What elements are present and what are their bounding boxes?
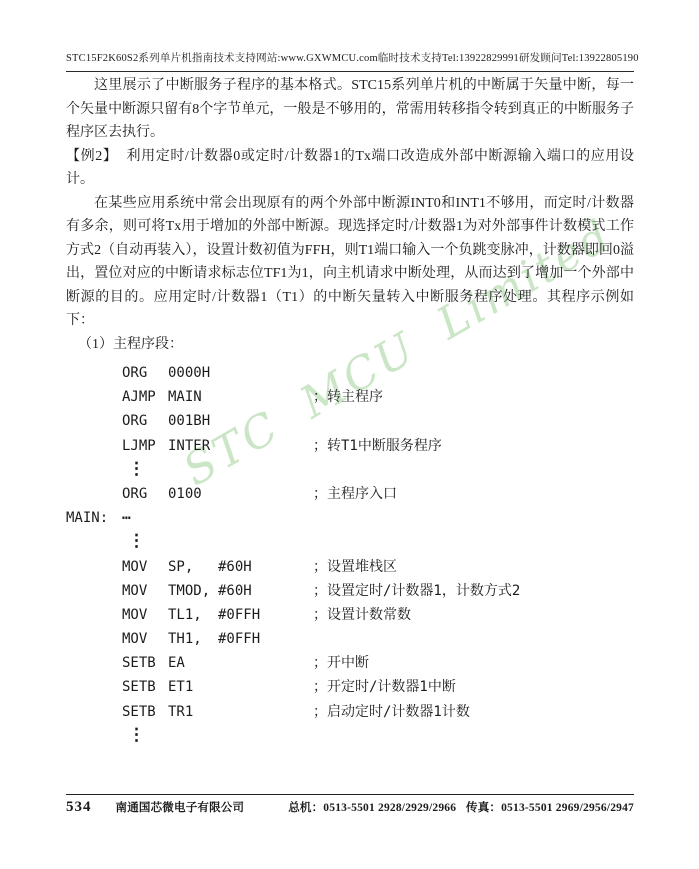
- code-comment: ；开中断: [313, 651, 634, 675]
- code-op1: TR1: [168, 700, 218, 724]
- code-opcode: ORG: [122, 361, 168, 385]
- code-op1: [168, 530, 218, 554]
- code-line: ORG0000H: [66, 361, 634, 385]
- code-opcode: ORG: [122, 482, 168, 506]
- page-number: 534: [66, 799, 92, 816]
- code-label: [66, 458, 122, 482]
- code-line: AJMPMAIN；转主程序: [66, 385, 634, 409]
- code-op2: [218, 361, 313, 385]
- code-comment: ；转主程序: [313, 385, 634, 409]
- code-op2: [218, 409, 313, 433]
- code-opcode: AJMP: [122, 385, 168, 409]
- code-op1: SP,: [168, 555, 218, 579]
- code-comment: [313, 506, 634, 530]
- code-opcode: ⋮: [122, 530, 168, 554]
- paragraph-intro: 这里展示了中断服务子程序的基本格式。STC15系列单片机的中断属于矢量中断，每一…: [66, 74, 634, 145]
- code-label: [66, 675, 122, 699]
- code-opcode: MOV: [122, 603, 168, 627]
- code-label: [66, 530, 122, 554]
- code-opcode: MOV: [122, 579, 168, 603]
- code-listing: ORG0000HAJMPMAIN；转主程序ORG001BHLJMPINTER；转…: [66, 361, 634, 748]
- code-op2: [218, 385, 313, 409]
- code-line: MOVTH1,#0FFH: [66, 627, 634, 651]
- page-footer: 534 南通国芯微电子有限公司 总机：0513-5501 2928/2929/2…: [66, 799, 634, 816]
- code-op1: TH1,: [168, 627, 218, 651]
- paragraph-detail: 在某些应用系统中常会出现原有的两个外部中断源INT0和INT1不够用，而定时/计…: [66, 192, 634, 333]
- code-comment: ；设置计数常数: [313, 603, 634, 627]
- code-comment: [313, 458, 634, 482]
- code-opcode: ⋮: [122, 724, 168, 748]
- code-op1: TMOD,: [168, 579, 218, 603]
- code-op1: EA: [168, 651, 218, 675]
- code-label: [66, 603, 122, 627]
- paragraph-example: 【例2】利用定时/计数器0或定时/计数器1的Tx端口改造成外部中断源输入端口的应…: [66, 145, 634, 192]
- code-comment: ；转T1中断服务程序: [313, 434, 634, 458]
- code-op1: [168, 506, 218, 530]
- code-comment: ；设置定时/计数器1，计数方式2: [313, 579, 634, 603]
- code-comment: [313, 627, 634, 651]
- code-line: MAIN:⋯: [66, 506, 634, 530]
- section-label: （1）主程序段：: [66, 333, 634, 357]
- code-line: ORG001BH: [66, 409, 634, 433]
- code-op2: [218, 434, 313, 458]
- code-line: MOVSP,#60H；设置堆栈区: [66, 555, 634, 579]
- code-op1: [168, 458, 218, 482]
- footer-company: 南通国芯微电子有限公司: [116, 799, 245, 815]
- code-opcode: SETB: [122, 651, 168, 675]
- header-divider: [66, 71, 634, 72]
- code-op1: [168, 724, 218, 748]
- code-label: [66, 724, 122, 748]
- code-comment: ；设置堆栈区: [313, 555, 634, 579]
- header-title: STC15F2K60S2系列单片机指南: [66, 50, 213, 65]
- code-label: [66, 409, 122, 433]
- code-opcode: MOV: [122, 555, 168, 579]
- code-op2: [218, 724, 313, 748]
- code-op1: 001BH: [168, 409, 218, 433]
- code-op2: [218, 458, 313, 482]
- code-op1: TL1,: [168, 603, 218, 627]
- code-line: SETBTR1；启动定时/计数器1计数: [66, 700, 634, 724]
- code-op2: [218, 482, 313, 506]
- code-op2: #0FFH: [218, 627, 313, 651]
- code-line: SETBEA；开中断: [66, 651, 634, 675]
- document-page: STC15F2K60S2系列单片机指南 技术支持网站:www.GXWMCU.co…: [0, 0, 699, 869]
- code-line: MOVTMOD,#60H；设置定时/计数器1，计数方式2: [66, 579, 634, 603]
- code-label: [66, 555, 122, 579]
- code-op1: 0000H: [168, 361, 218, 385]
- code-label: [66, 579, 122, 603]
- code-ellipsis-line: ⋮: [66, 724, 634, 748]
- code-label: [66, 627, 122, 651]
- code-op2: [218, 530, 313, 554]
- code-comment: [313, 361, 634, 385]
- code-label: [66, 361, 122, 385]
- code-op2: #60H: [218, 579, 313, 603]
- footer-divider: [66, 794, 634, 795]
- code-opcode: LJMP: [122, 434, 168, 458]
- code-label: [66, 651, 122, 675]
- code-comment: ；启动定时/计数器1计数: [313, 700, 634, 724]
- code-opcode: ⋮: [122, 458, 168, 482]
- page-header: STC15F2K60S2系列单片机指南 技术支持网站:www.GXWMCU.co…: [66, 50, 634, 65]
- code-op1: MAIN: [168, 385, 218, 409]
- code-op2: [218, 651, 313, 675]
- footer-phone: 总机：0513-5501 2928/2929/2966: [288, 799, 456, 815]
- code-line: LJMPINTER；转T1中断服务程序: [66, 434, 634, 458]
- code-op2: #60H: [218, 555, 313, 579]
- code-op1: INTER: [168, 434, 218, 458]
- code-comment: [313, 530, 634, 554]
- code-comment: [313, 724, 634, 748]
- code-ellipsis-line: ⋮: [66, 458, 634, 482]
- page-body: 这里展示了中断服务子程序的基本格式。STC15系列单片机的中断属于矢量中断，每一…: [66, 74, 634, 748]
- code-line: MOVTL1,#0FFH；设置计数常数: [66, 603, 634, 627]
- code-op2: [218, 506, 313, 530]
- code-opcode: SETB: [122, 675, 168, 699]
- code-opcode: SETB: [122, 700, 168, 724]
- header-support-site: 技术支持网站:www.GXWMCU.com: [213, 50, 378, 65]
- code-label: [66, 482, 122, 506]
- code-ellipsis-line: ⋮: [66, 530, 634, 554]
- code-opcode: ORG: [122, 409, 168, 433]
- footer-fax: 传真：0513-5501 2969/2956/2947: [466, 799, 634, 815]
- code-opcode: MOV: [122, 627, 168, 651]
- code-label: [66, 700, 122, 724]
- example-text: 利用定时/计数器0或定时/计数器1的Tx端口改造成外部中断源输入端口的应用设计。: [66, 149, 634, 188]
- code-op2: [218, 675, 313, 699]
- code-comment: ；主程序入口: [313, 482, 634, 506]
- code-label: [66, 434, 122, 458]
- code-comment: ；开定时/计数器1中断: [313, 675, 634, 699]
- code-op2: #0FFH: [218, 603, 313, 627]
- code-label: MAIN:: [66, 506, 122, 530]
- header-consultant: 研发顾问Tel:13922805190: [519, 50, 639, 65]
- example-label: 【例2】: [66, 149, 117, 164]
- header-temp-support: 临时技术支持Tel:13922829991: [378, 50, 519, 65]
- code-comment: [313, 409, 634, 433]
- code-op2: [218, 700, 313, 724]
- code-line: ORG0100；主程序入口: [66, 482, 634, 506]
- code-op1: 0100: [168, 482, 218, 506]
- code-op1: ET1: [168, 675, 218, 699]
- code-opcode: ⋯: [122, 506, 168, 530]
- code-line: SETBET1；开定时/计数器1中断: [66, 675, 634, 699]
- code-label: [66, 385, 122, 409]
